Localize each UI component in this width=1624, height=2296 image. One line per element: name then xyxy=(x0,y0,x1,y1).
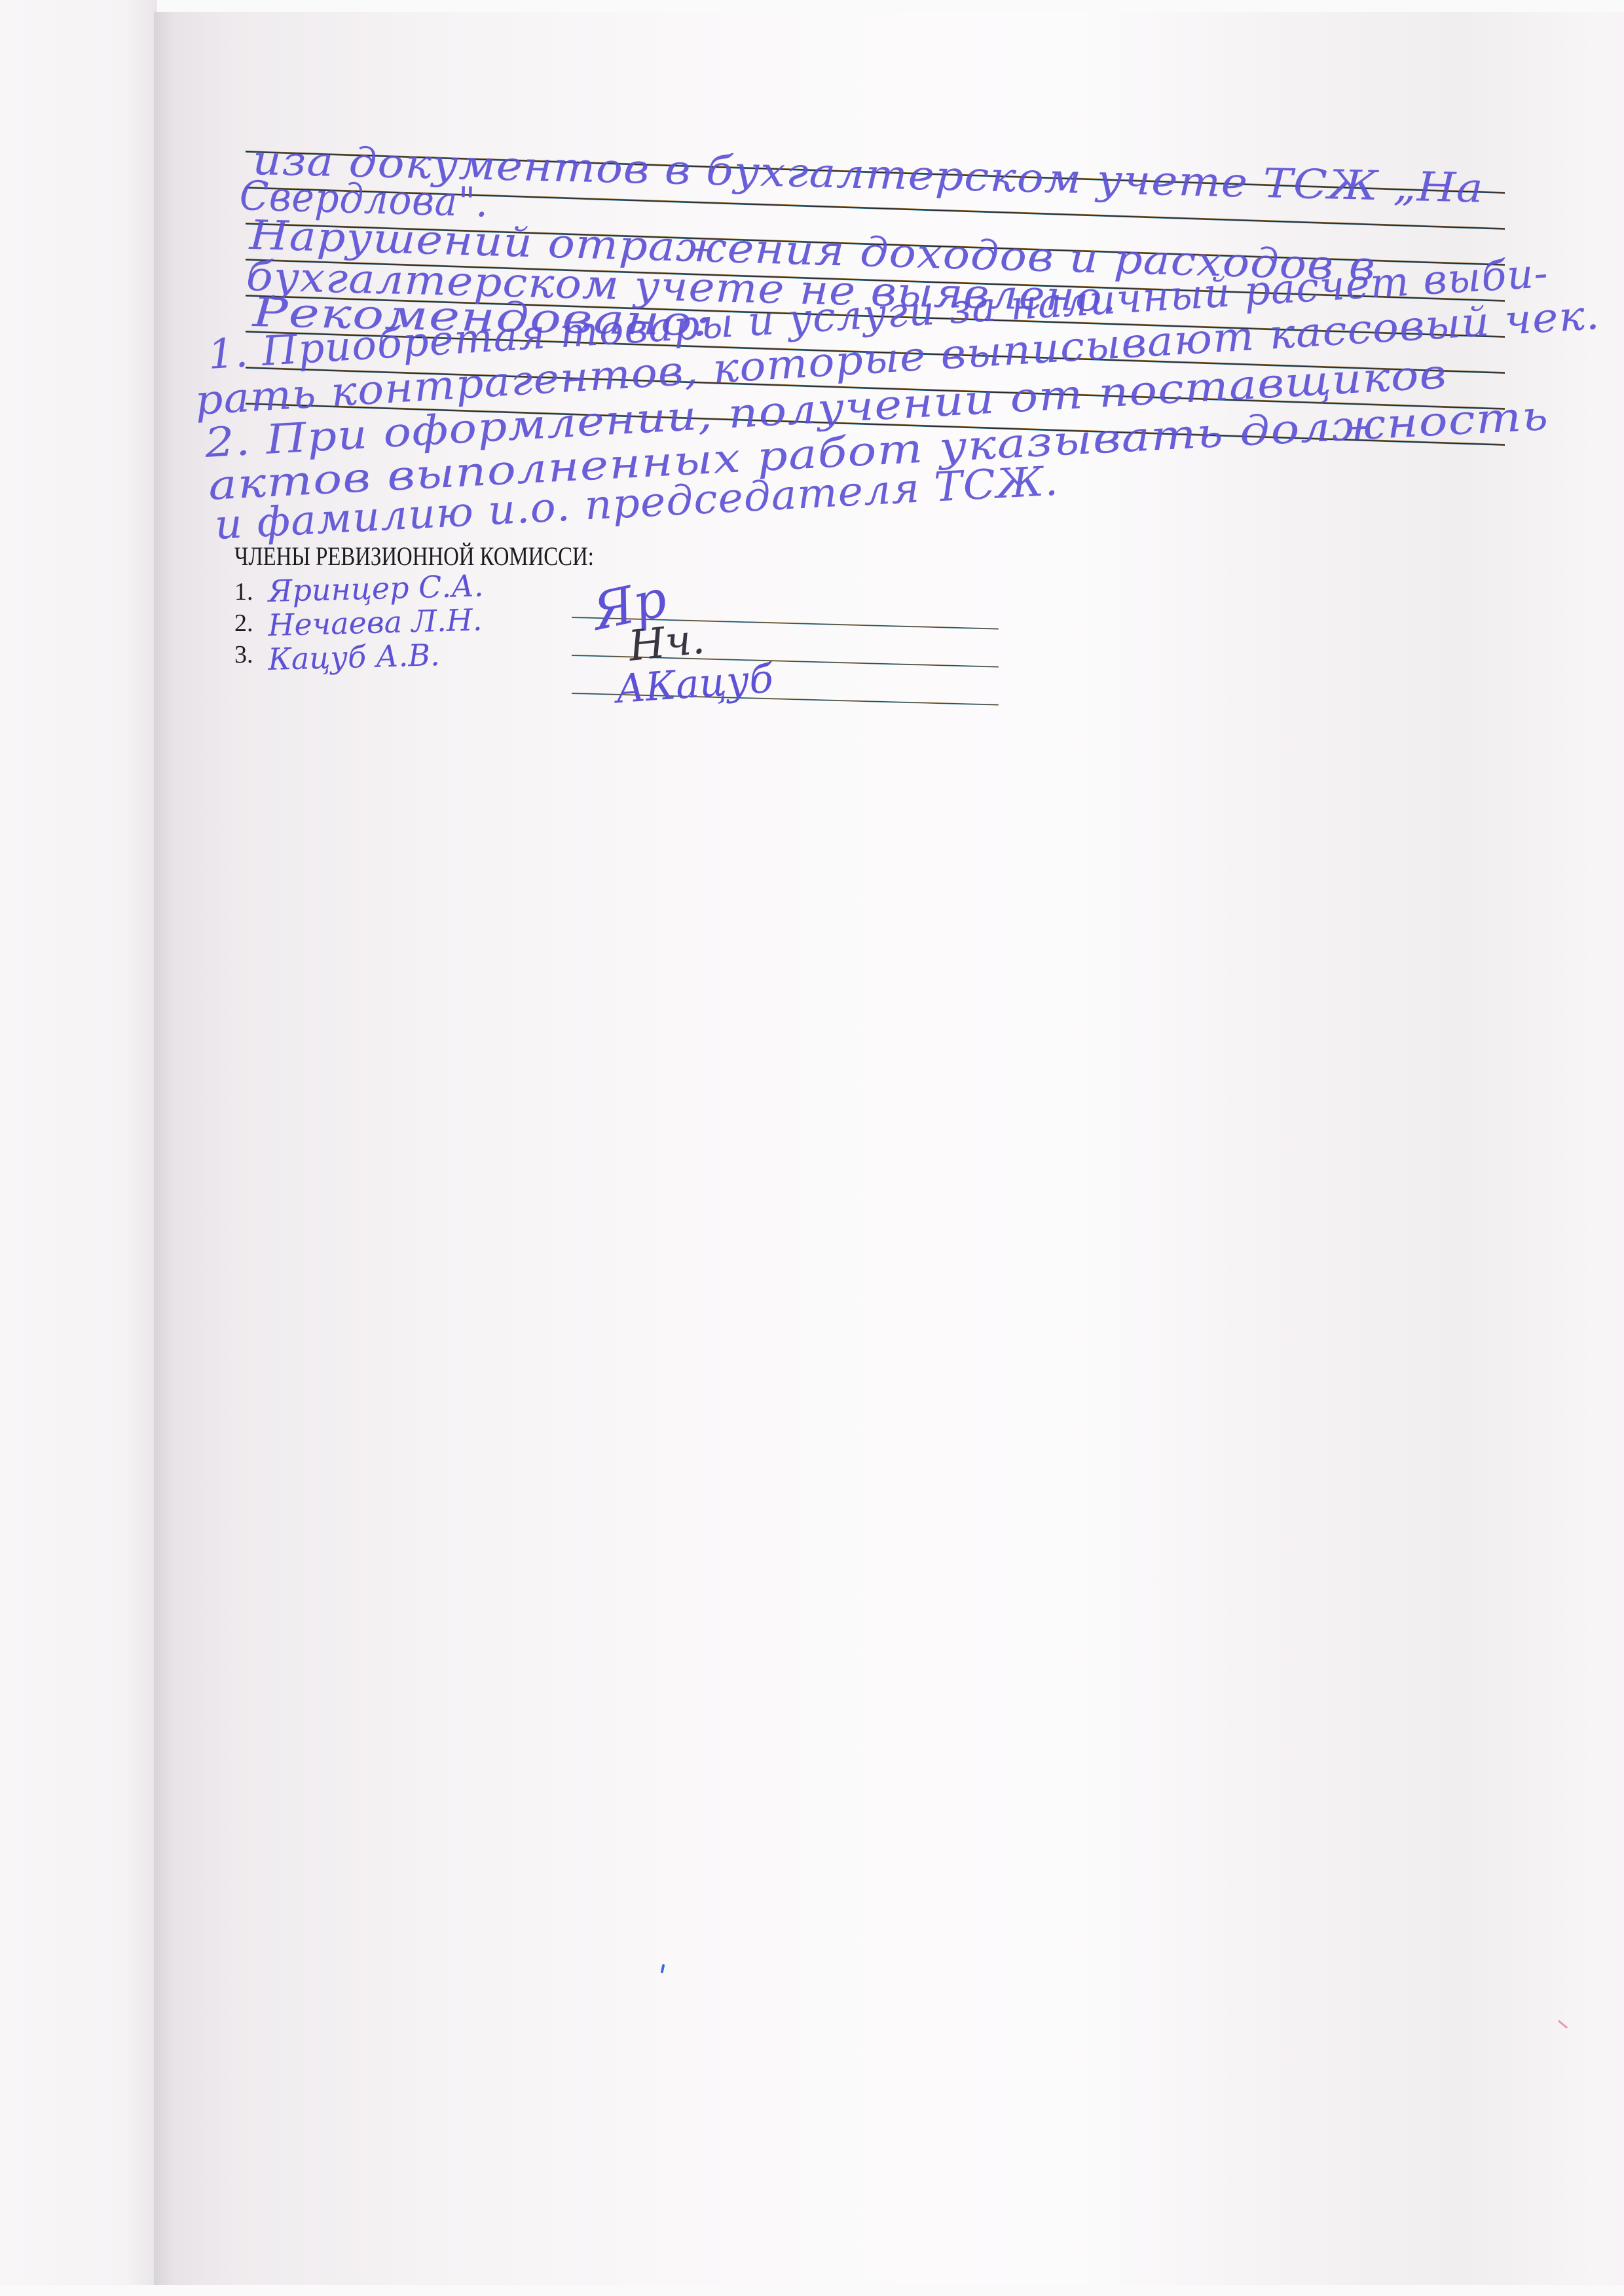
member-name: Кацуб А.В. xyxy=(268,637,441,677)
member-name: Нечаева Л.Н. xyxy=(268,602,483,643)
scan-bed-top xyxy=(0,0,1624,12)
member-number: 2. xyxy=(234,609,253,638)
member-number: 3. xyxy=(234,640,253,669)
adjacent-page-strip xyxy=(0,0,157,2296)
member-number: 1. xyxy=(234,577,253,606)
scan-bed-bottom xyxy=(0,2285,1624,2296)
members-heading: ЧЛЕНЫ РЕВИЗИОННОЙ КОМИССИ: xyxy=(234,541,594,572)
